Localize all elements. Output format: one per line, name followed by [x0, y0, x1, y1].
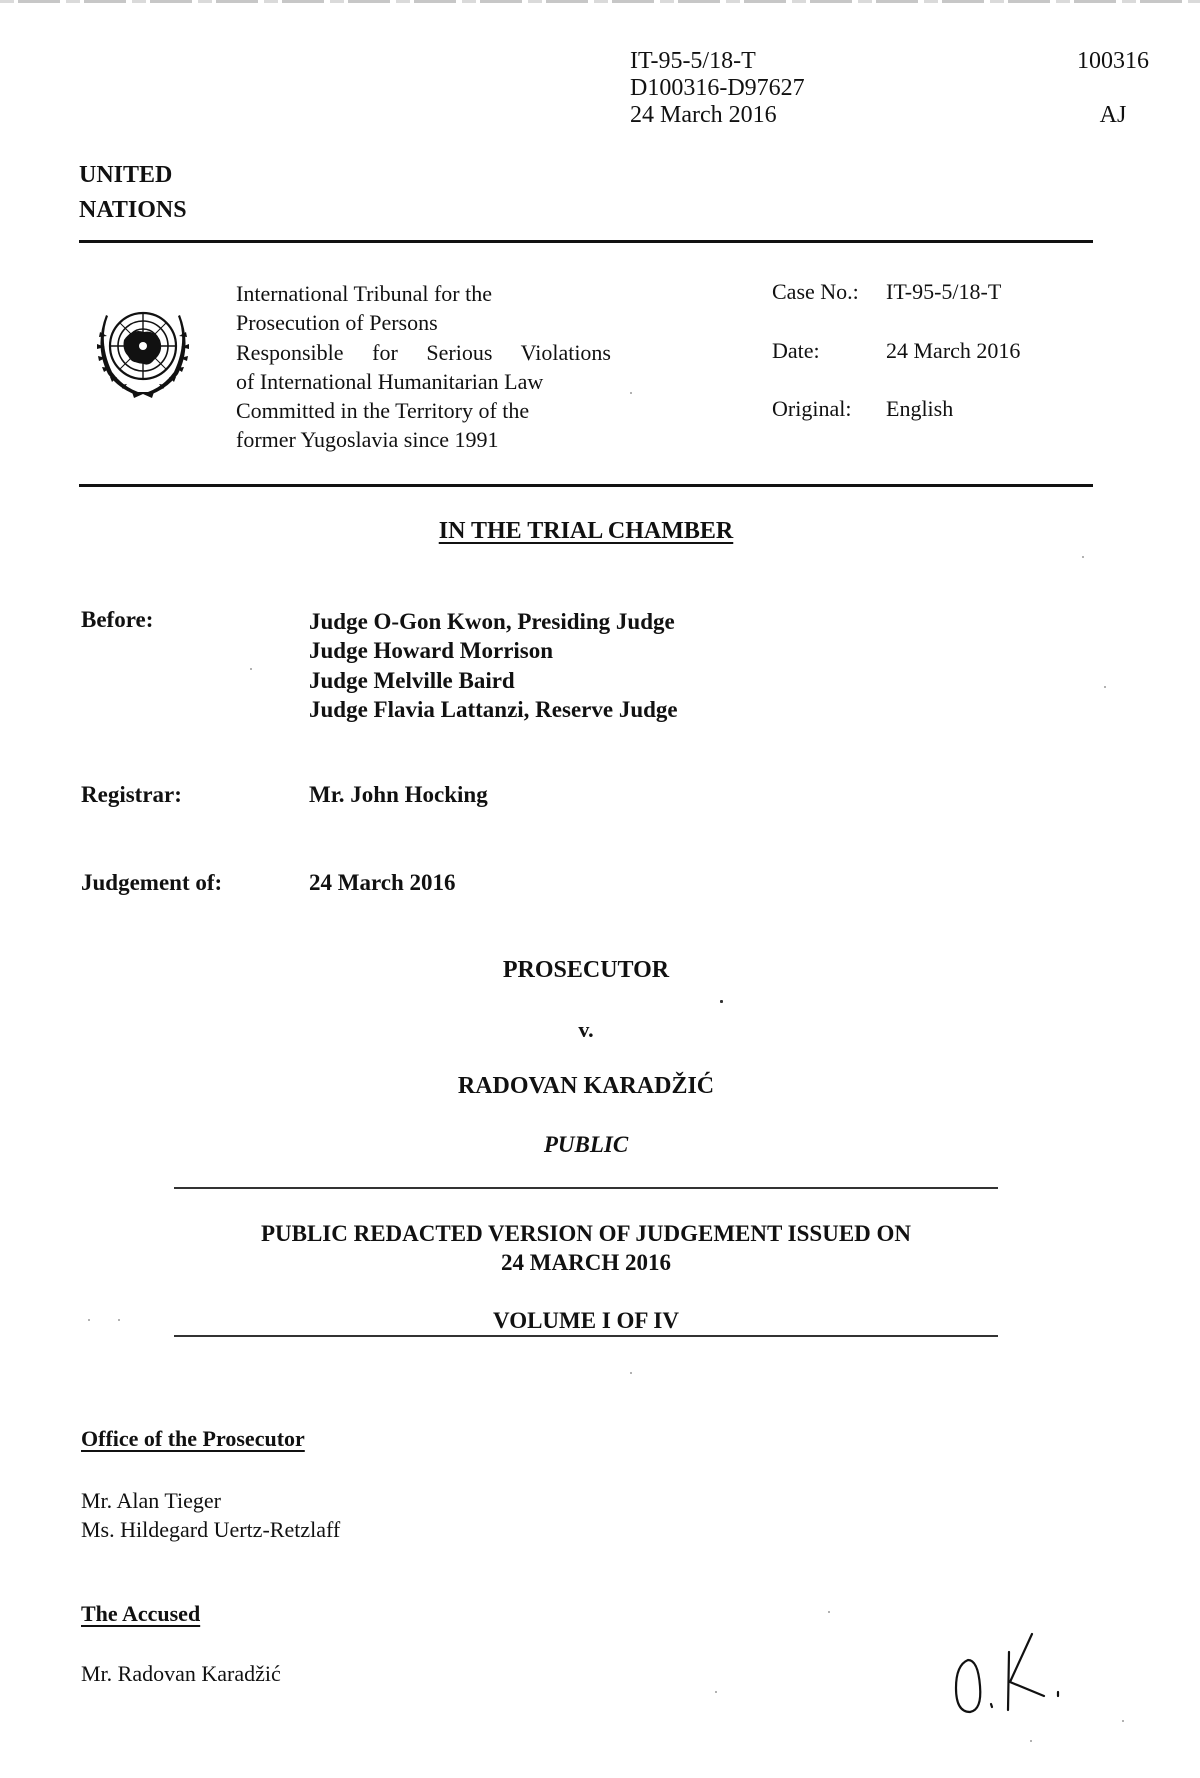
original-value: English: [886, 396, 953, 455]
scan-speck: [118, 1319, 120, 1321]
scan-edge-artifact: [0, 0, 1200, 3]
case-reference: IT-95-5/18-T: [630, 48, 805, 75]
scan-speck: [828, 1611, 830, 1613]
accused-members: Mr. Radovan Karadžić: [81, 1661, 281, 1687]
before-label: Before:: [81, 607, 153, 633]
title-divider-top: [174, 1187, 998, 1189]
party-member: Mr. Radovan Karadžić: [81, 1661, 281, 1687]
judgement-label: Judgement of:: [81, 870, 222, 896]
party-member: Mr. Alan Tieger: [81, 1486, 340, 1515]
header-reference: IT-95-5/18-T D100316-D97627 24 March 201…: [630, 48, 805, 129]
case-number-row: Case No.: IT-95-5/18-T: [772, 279, 1020, 338]
organization-name: UNITED NATIONS: [79, 158, 187, 228]
chamber-heading-text: IN THE TRIAL CHAMBER: [439, 518, 734, 544]
header-stamp: 100316 AJ: [1068, 48, 1158, 129]
original-row: Original: English: [772, 396, 1020, 455]
date-row: Date: 24 March 2016: [772, 338, 1020, 397]
document-title: PUBLIC REDACTED VERSION OF JUDGEMENT ISS…: [0, 1219, 1172, 1277]
scan-speck: [720, 1000, 723, 1003]
scan-speck: [715, 1691, 717, 1693]
judge-name: Judge Flavia Lattanzi, Reserve Judge: [309, 695, 678, 724]
case-number-value: IT-95-5/18-T: [886, 279, 1001, 338]
date-value: 24 March 2016: [886, 338, 1020, 397]
organization-line-2: NATIONS: [79, 193, 187, 228]
date-label: Date:: [772, 338, 886, 397]
caption-versus: v.: [0, 1017, 1172, 1043]
classification-label: PUBLIC: [0, 1132, 1172, 1158]
volume-label: VOLUME I OF IV: [0, 1308, 1172, 1334]
page-range: D100316-D97627: [630, 75, 805, 102]
document-title-line-2: 24 MARCH 2016: [0, 1248, 1172, 1277]
un-emblem-icon: [88, 302, 198, 400]
page-number: 100316: [1068, 48, 1158, 75]
original-label: Original:: [772, 396, 886, 455]
tribunal-line: former Yugoslavia since 1991: [236, 425, 611, 454]
judge-name: Judge Howard Morrison: [309, 636, 678, 665]
scan-speck: [1082, 556, 1084, 558]
header-divider: [79, 240, 1093, 243]
filing-date: 24 March 2016: [630, 102, 805, 129]
tribunal-line: International Tribunal for the: [236, 279, 611, 308]
scan-speck: [1030, 1740, 1032, 1742]
tribunal-line: Responsible for Serious Violations: [236, 338, 611, 367]
prosecution-heading: Office of the Prosecutor: [81, 1426, 305, 1452]
judgement-date: 24 March 2016: [309, 870, 456, 896]
scan-speck: [88, 1319, 90, 1321]
scan-speck: [250, 668, 252, 670]
registrar-value: Mr. John Hocking: [309, 782, 488, 808]
scan-speck: [1104, 686, 1106, 688]
registrar-label: Registrar:: [81, 782, 182, 808]
title-divider-bottom: [174, 1335, 998, 1337]
judges-list: Judge O-Gon Kwon, Presiding Judge Judge …: [309, 607, 678, 724]
tribunal-line: Prosecution of Persons: [236, 308, 611, 337]
party-member: Ms. Hildegard Uertz-Retzlaff: [81, 1515, 340, 1544]
judge-name: Judge O-Gon Kwon, Presiding Judge: [309, 607, 678, 636]
scan-speck: [630, 392, 632, 394]
section-divider: [79, 484, 1093, 487]
case-number-label: Case No.:: [772, 279, 886, 338]
scan-speck: [630, 1372, 632, 1374]
judge-name: Judge Melville Baird: [309, 666, 678, 695]
prosecution-members: Mr. Alan Tieger Ms. Hildegard Uertz-Retz…: [81, 1486, 340, 1544]
tribunal-line: of International Humanitarian Law: [236, 367, 611, 396]
caption-prosecutor: PROSECUTOR: [0, 957, 1172, 984]
caption-accused: RADOVAN KARADŽIĆ: [0, 1073, 1172, 1100]
tribunal-name: International Tribunal for the Prosecuti…: [236, 279, 611, 455]
chamber-heading: IN THE TRIAL CHAMBER: [0, 518, 1172, 545]
case-info: Case No.: IT-95-5/18-T Date: 24 March 20…: [772, 279, 1020, 455]
registry-initials: AJ: [1068, 102, 1158, 129]
document-title-line-1: PUBLIC REDACTED VERSION OF JUDGEMENT ISS…: [0, 1219, 1172, 1248]
tribunal-line: Committed in the Territory of the: [236, 396, 611, 425]
organization-line-1: UNITED: [79, 158, 187, 193]
handwritten-annotation: O.K.: [946, 1630, 1146, 1720]
scan-speck: [1122, 1720, 1124, 1722]
accused-heading: The Accused: [81, 1601, 200, 1627]
